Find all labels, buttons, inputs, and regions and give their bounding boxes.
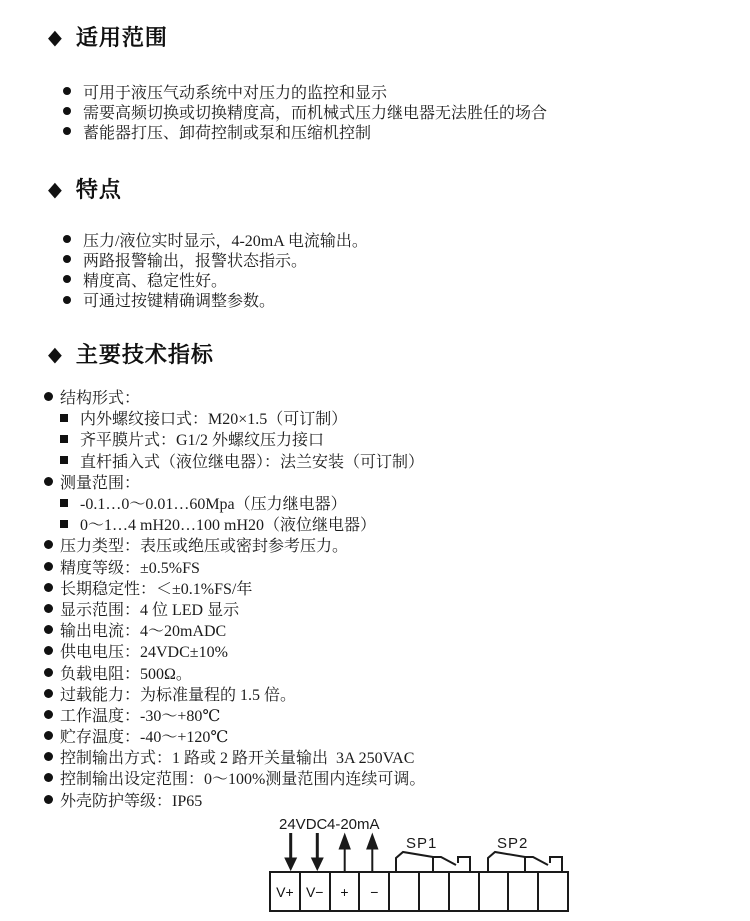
spec-item-text: 过载能力：为标准量程的 1.5 倍。 bbox=[60, 682, 296, 705]
spec-item: 压力类型：表压或绝压或密封参考压力。 bbox=[44, 534, 425, 555]
spec-item-text: 结构形式： bbox=[60, 385, 140, 408]
bullet-icon bbox=[63, 235, 71, 243]
list-item: 可通过按键精确调整参数。 bbox=[63, 290, 368, 310]
bullet-icon bbox=[44, 689, 53, 698]
bullet-icon bbox=[44, 646, 53, 655]
list-item: 压力/液位实时显示，4-20mA 电流输出。 bbox=[63, 229, 368, 249]
application-list: 可用于液压气动系统中对压力的监控和显示 需要高频切换或切换精度高，而机械式压力继… bbox=[63, 81, 547, 142]
diamond-bullet-icon: ◆ bbox=[48, 26, 63, 47]
section-title: 特点 bbox=[76, 173, 122, 204]
spec-item-text: 齐平膜片式：G1/2 外螺纹压力接口 bbox=[80, 427, 324, 450]
bullet-icon bbox=[44, 562, 53, 571]
square-bullet-icon bbox=[60, 456, 68, 464]
spec-subitem: 内外螺纹接口式：M20×1.5（可订制） bbox=[44, 407, 425, 428]
bullet-icon bbox=[44, 752, 53, 761]
spec-item: 控制输出设定范围：0～100%测量范围内连续可调。 bbox=[44, 767, 425, 788]
bullet-icon bbox=[44, 604, 53, 613]
bullet-icon bbox=[63, 107, 71, 115]
wiring-diagram: 24VDC 4-20mA SP1 SP2 V+ V− + − bbox=[0, 812, 750, 921]
diamond-bullet-icon: ◆ bbox=[48, 178, 63, 199]
terminal-cell bbox=[480, 873, 510, 910]
spec-item-text: 控制输出设定范围：0～100%测量范围内连续可调。 bbox=[60, 766, 425, 789]
document-page: ◆ 适用范围 可用于液压气动系统中对压力的监控和显示 需要高频切换或切换精度高，… bbox=[0, 0, 750, 921]
list-item: 需要高频切换或切换精度高，而机械式压力继电器无法胜任的场合 bbox=[63, 101, 547, 121]
bullet-icon bbox=[44, 731, 53, 740]
spec-item-text: 长期稳定性：＜±0.1%FS/年 bbox=[60, 576, 252, 599]
terminal-cell bbox=[450, 873, 480, 910]
spec-item: 贮存温度：-40～+120℃ bbox=[44, 725, 425, 746]
spec-subitem: 0～1…4 mH20…100 mH20（液位继电器） bbox=[44, 513, 425, 534]
list-item-text: 蓄能器打压、卸荷控制或泵和压缩机控制 bbox=[83, 120, 371, 143]
bullet-icon bbox=[44, 392, 53, 401]
spec-item-text: 供电电压：24VDC±10% bbox=[60, 639, 228, 662]
spec-item-text: 压力类型：表压或绝压或密封参考压力。 bbox=[60, 533, 348, 556]
section-heading-specifications: ◆ 主要技术指标 bbox=[48, 338, 214, 369]
spec-item-text: 控制输出方式：1 路或 2 路开关量输出 3A 250VAC bbox=[60, 745, 414, 768]
spec-item-text: 内外螺纹接口式：M20×1.5（可订制） bbox=[80, 406, 347, 429]
spec-item: 供电电压：24VDC±10% bbox=[44, 640, 425, 661]
square-bullet-icon bbox=[60, 414, 68, 422]
spec-item-text: 负载电阻：500Ω。 bbox=[60, 661, 192, 684]
section-title: 适用范围 bbox=[76, 21, 168, 52]
sp2-switch-symbol bbox=[488, 852, 562, 871]
list-item-text: 可通过按键精确调整参数。 bbox=[83, 288, 275, 311]
square-bullet-icon bbox=[60, 499, 68, 507]
spec-item-text: 工作温度：-30～+80℃ bbox=[60, 703, 220, 726]
spec-item: 显示范围：4 位 LED 显示 bbox=[44, 598, 425, 619]
spec-item: 精度等级：±0.5%FS bbox=[44, 556, 425, 577]
features-list: 压力/液位实时显示，4-20mA 电流输出。 两路报警输出，报警状态指示。 精度… bbox=[63, 229, 368, 310]
terminal-cell: + bbox=[331, 873, 361, 910]
terminal-cell bbox=[539, 873, 567, 910]
spec-item-text: 输出电流：4～20mADC bbox=[60, 618, 226, 641]
terminal-cell: V− bbox=[301, 873, 331, 910]
terminal-cell bbox=[420, 873, 450, 910]
bullet-icon bbox=[44, 710, 53, 719]
spec-item-text: 外壳防护等级：IP65 bbox=[60, 788, 202, 811]
bullet-icon bbox=[44, 773, 53, 782]
section-heading-application: ◆ 适用范围 bbox=[48, 21, 168, 52]
spec-item: 输出电流：4～20mADC bbox=[44, 619, 425, 640]
spec-item: 负载电阻：500Ω。 bbox=[44, 661, 425, 682]
spec-item: 过载能力：为标准量程的 1.5 倍。 bbox=[44, 683, 425, 704]
terminal-cell bbox=[509, 873, 539, 910]
bullet-icon bbox=[63, 255, 71, 263]
list-item: 可用于液压气动系统中对压力的监控和显示 bbox=[63, 81, 547, 101]
specifications-list: 结构形式： 内外螺纹接口式：M20×1.5（可订制） 齐平膜片式：G1/2 外螺… bbox=[44, 386, 425, 810]
bullet-icon bbox=[44, 583, 53, 592]
power-down-arrow-icon bbox=[285, 833, 323, 870]
sp1-switch-symbol bbox=[396, 852, 470, 871]
section-title: 主要技术指标 bbox=[76, 338, 214, 369]
terminal-cell bbox=[390, 873, 420, 910]
spec-item: 测量范围： bbox=[44, 471, 425, 492]
list-item: 精度高、稳定性好。 bbox=[63, 269, 368, 289]
bullet-icon bbox=[44, 540, 53, 549]
spec-subitem: -0.1…0～0.01…60Mpa（压力继电器） bbox=[44, 492, 425, 513]
bullet-icon bbox=[44, 477, 53, 486]
list-item: 蓄能器打压、卸荷控制或泵和压缩机控制 bbox=[63, 121, 547, 141]
spec-item: 外壳防护等级：IP65 bbox=[44, 789, 425, 810]
spec-item-text: -0.1…0～0.01…60Mpa（压力继电器） bbox=[80, 491, 347, 514]
sp1-label: SP1 bbox=[406, 835, 437, 852]
current-output-label: 4-20mA bbox=[327, 816, 380, 833]
spec-item-text: 0～1…4 mH20…100 mH20（液位继电器） bbox=[80, 512, 376, 535]
spec-item-text: 贮存温度：-40～+120℃ bbox=[60, 724, 228, 747]
square-bullet-icon bbox=[60, 435, 68, 443]
spec-item-text: 测量范围： bbox=[60, 470, 140, 493]
spec-item-text: 显示范围：4 位 LED 显示 bbox=[60, 597, 239, 620]
spec-item-text: 精度等级：±0.5%FS bbox=[60, 555, 200, 578]
square-bullet-icon bbox=[60, 520, 68, 528]
sp2-label: SP2 bbox=[497, 835, 528, 852]
terminal-cell: − bbox=[360, 873, 390, 910]
bullet-icon bbox=[44, 795, 53, 804]
current-up-arrow-icon bbox=[339, 834, 378, 871]
diamond-bullet-icon: ◆ bbox=[48, 343, 63, 364]
bullet-icon bbox=[63, 275, 71, 283]
list-item: 两路报警输出，报警状态指示。 bbox=[63, 249, 368, 269]
power-supply-label: 24VDC bbox=[279, 816, 327, 833]
bullet-icon bbox=[63, 296, 71, 304]
bullet-icon bbox=[44, 625, 53, 634]
spec-subitem: 直杆插入式（液位继电器）：法兰安装（可订制） bbox=[44, 450, 425, 471]
spec-item: 长期稳定性：＜±0.1%FS/年 bbox=[44, 577, 425, 598]
terminal-block: V+ V− + − bbox=[269, 871, 569, 912]
bullet-icon bbox=[63, 127, 71, 135]
section-heading-features: ◆ 特点 bbox=[48, 173, 122, 204]
spec-item: 工作温度：-30～+80℃ bbox=[44, 704, 425, 725]
bullet-icon bbox=[63, 87, 71, 95]
terminal-cell: V+ bbox=[271, 873, 301, 910]
spec-item: 结构形式： bbox=[44, 386, 425, 407]
bullet-icon bbox=[44, 668, 53, 677]
spec-subitem: 齐平膜片式：G1/2 外螺纹压力接口 bbox=[44, 428, 425, 449]
spec-item: 控制输出方式：1 路或 2 路开关量输出 3A 250VAC bbox=[44, 746, 425, 767]
spec-item-text: 直杆插入式（液位继电器）：法兰安装（可订制） bbox=[80, 449, 424, 472]
